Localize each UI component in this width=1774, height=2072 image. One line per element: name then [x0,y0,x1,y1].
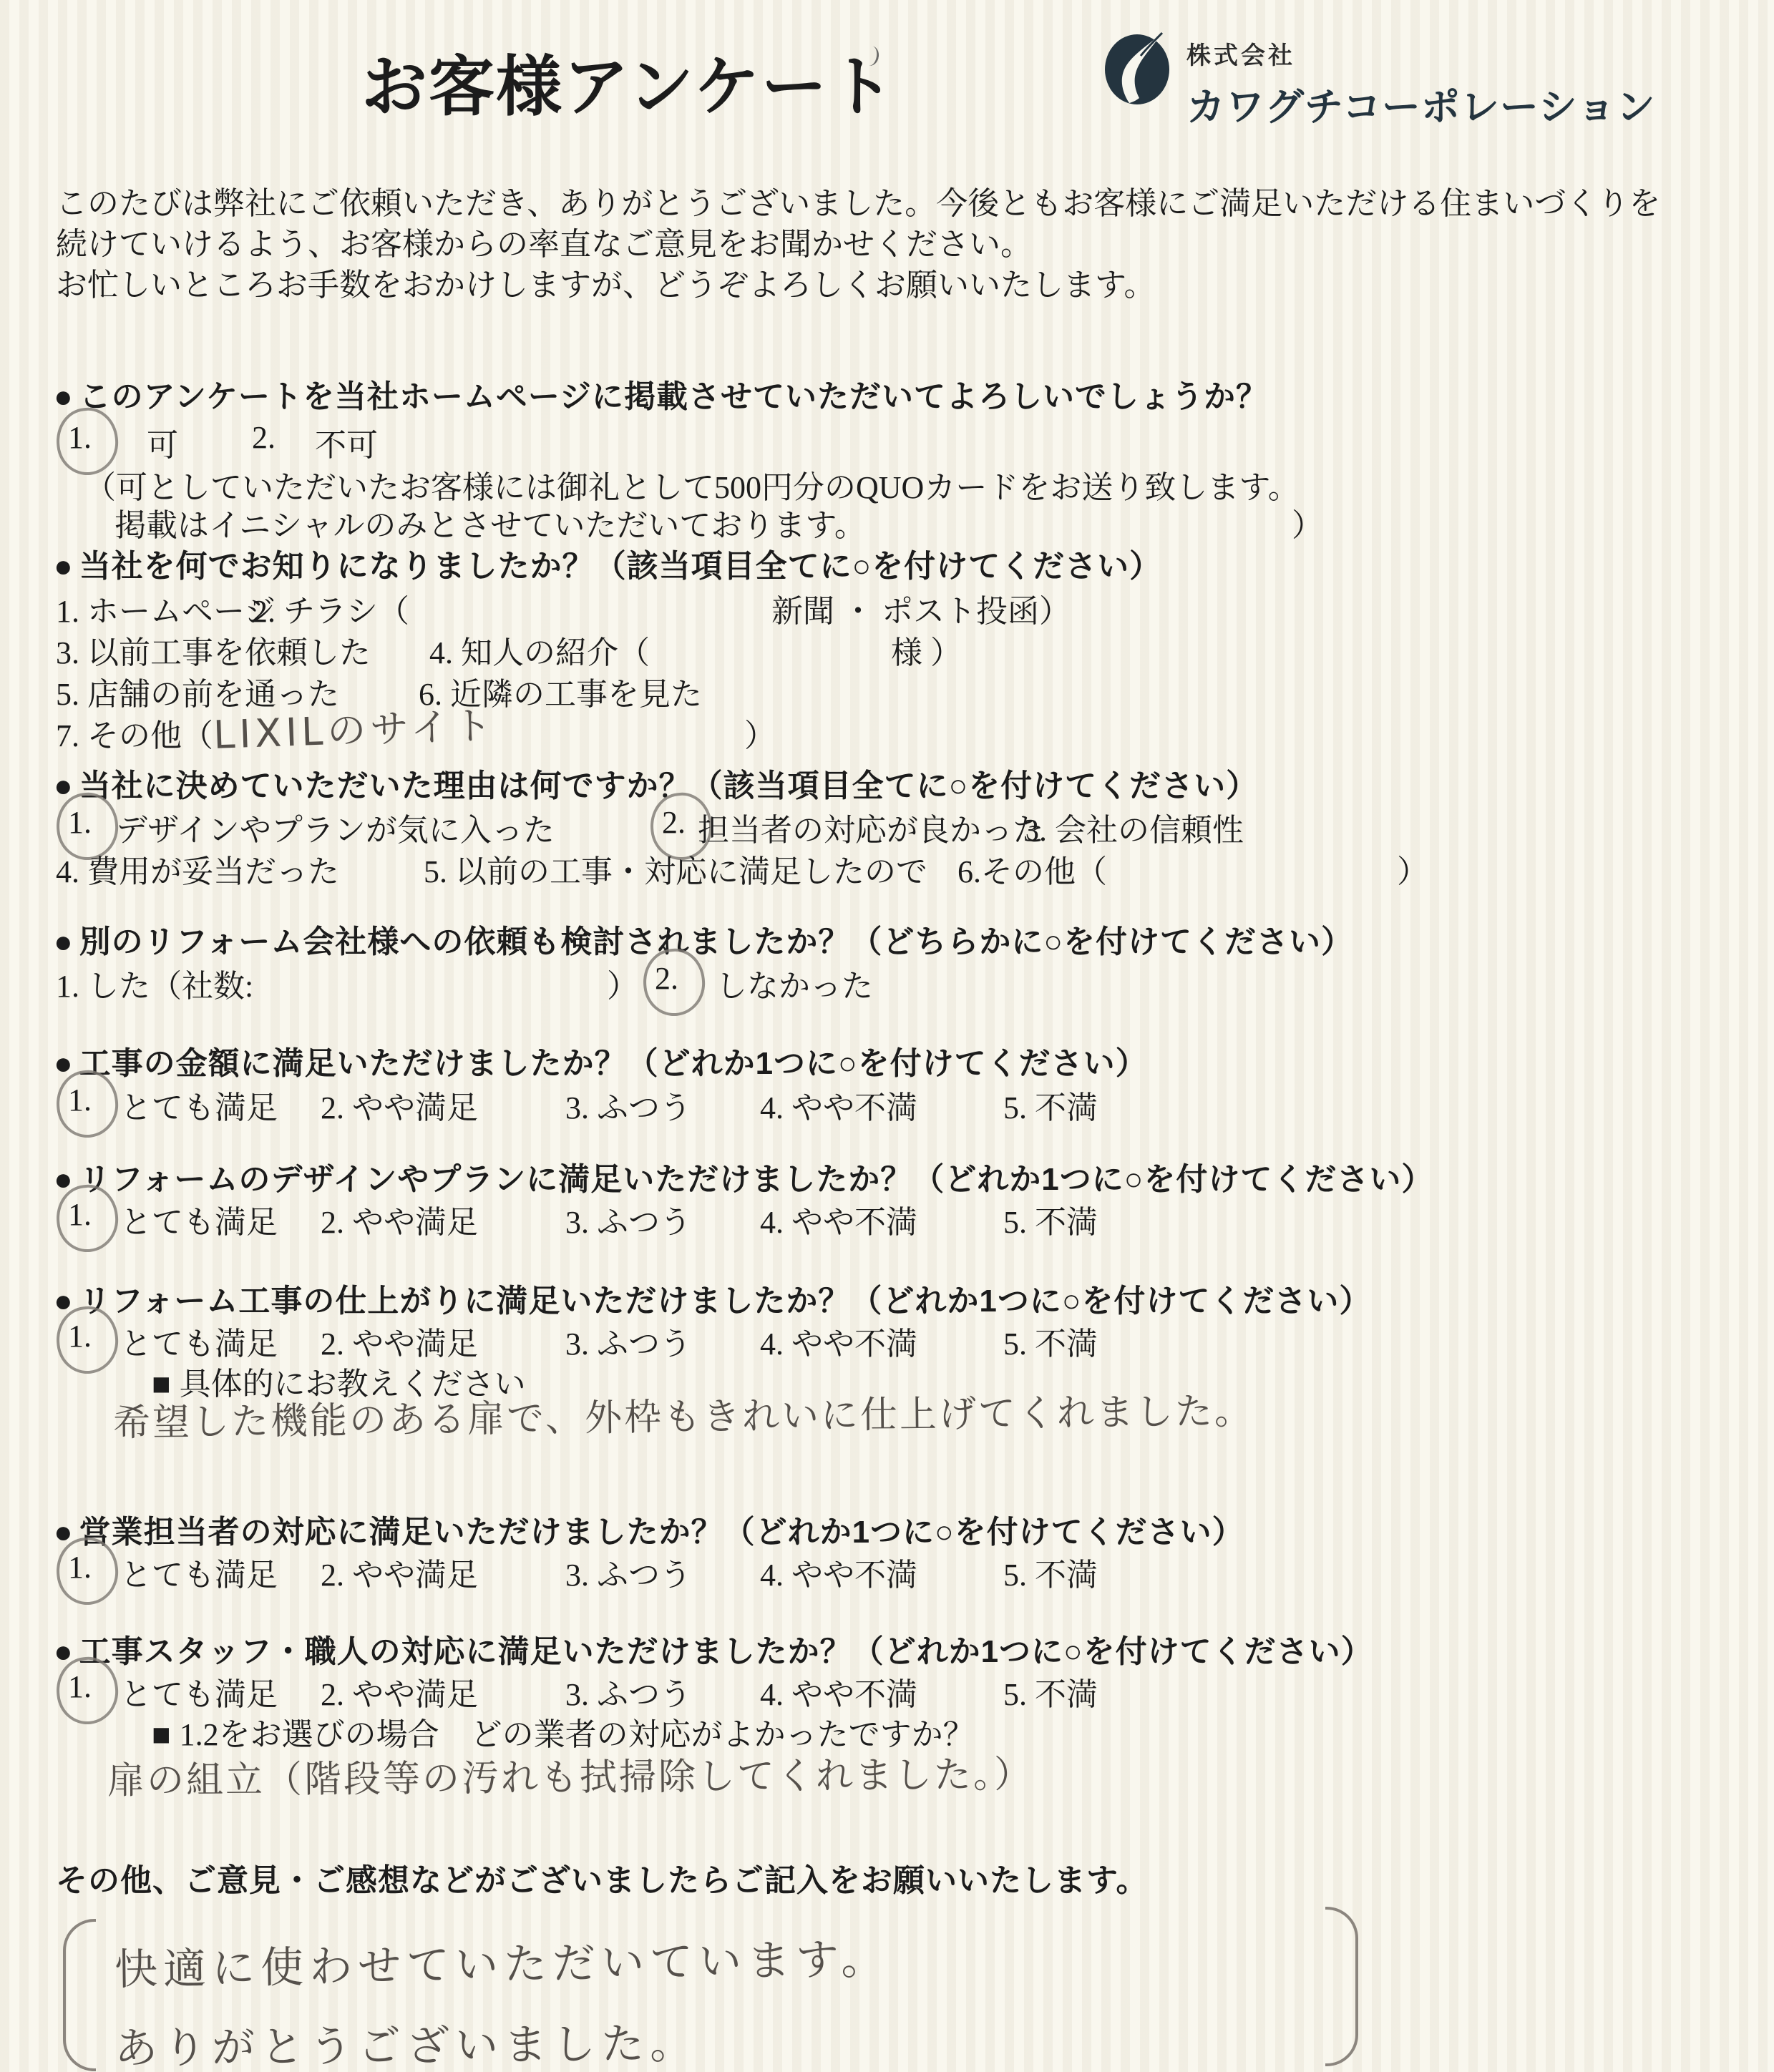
option-label: 3. ふつう [565,1082,691,1128]
option-label: 5. 不満 [1003,1549,1098,1595]
intro-line: このたびは弊社にご依頼いただき、ありがとうございました。今後ともお客様にご満足い… [56,183,1660,224]
note-close-paren: ） [1292,499,1323,545]
option-label: 1. した（社数: [56,960,253,1006]
question-4-title-text: 別のリフォーム会社様への依頼も検討されましたか？（どちらかに○を付けてください） [79,924,1353,959]
option-label: 3. ふつう [565,1668,691,1714]
option-label: 3. 会社の信頼性 [1023,804,1244,850]
option-number-circled: 2. [662,804,686,841]
footer-comment-prompt: その他、ご意見・ご感想などがございましたらご記入をお願いいたします。 [56,1854,1148,1900]
bullet-icon: ● [54,924,74,959]
option-number-circled: 1. [68,1196,92,1233]
handwritten-finish-comment: 希望した機能のある扉で、外枠もきれいに仕上げてくれました。 [113,1381,1254,1447]
question-2-title-text: 当社を何でお知りになりましたか？（該当項目全てに○を付けてください） [79,549,1162,584]
company-name: カワグチコーポレーション [1186,77,1656,132]
option-label: 5. 不満 [1003,1668,1098,1714]
note-text: 掲載はイニシャルのみとさせていただいております。 [114,499,866,545]
option-label: 4. やや不満 [760,1318,917,1364]
option-label: 4. 費用が妥当だった [56,846,339,891]
close-paren: ） [1397,846,1428,891]
question-7-title: ●リフォーム工事の仕上がりに満足いただけましたか？（どれか1つに○を付けてくださ… [54,1275,1371,1321]
option-number-circled: 1. [68,1082,92,1118]
option-label: 2. チラシ（ [252,585,409,631]
question-3-title: ●当社に決めていただいた理由は何ですか？（該当項目全てに○を付けてください） [54,760,1258,806]
option-label: 4. やや不満 [760,1082,917,1128]
question-6-options: 1. とても満足 2. やや満足 3. ふつう 4. やや不満 5. 不満 [0,1196,1774,1262]
intro-paragraph: このたびは弊社にご依頼いただき、ありがとうございました。今後ともお客様にご満足い… [56,183,1660,306]
company-prefix: 株式会社 [1186,36,1656,71]
option-label: 7. その他（ [56,710,213,756]
question-9-title: ●工事スタッフ・職人の対応に満足いただけましたか？（どれか1つに○を付けてくださ… [54,1626,1373,1671]
option-label: 3. 以前工事を依頼した [56,627,371,673]
option-label: とても満足 [120,1549,278,1595]
question-6-title: ●リフォームのデザインやプランに満足いただけましたか？（どれか1つに○を付けてく… [54,1153,1433,1199]
option-label: 2. やや満足 [321,1549,478,1595]
handwritten-free-comment-line-2: ありがとうございました。 [114,2009,699,2072]
intro-line: 続けていけるよう、お客様からの率直なご意見をお聞かせください。 [56,224,1660,265]
option-label: 4. やや不満 [760,1196,917,1242]
question-3-row-2: 4. 費用が妥当だった 5. 以前の工事・対応に満足したので 6.その他（ ） [0,846,1774,912]
option-label: とても満足 [120,1318,278,1364]
option-label: 2. やや満足 [321,1668,478,1714]
option-label: 不可 [315,419,378,465]
option-label: デザインやプランが気に入った [116,804,555,850]
question-6-title-text: リフォームのデザインやプランに満足いただけましたか？（どれか1つに○を付けてくだ… [79,1162,1434,1197]
square-bullet-icon: ■ [152,1717,171,1752]
option-number-circled: 1. [68,1549,92,1585]
page-title: お客様アンケート [361,34,895,129]
question-5-title-text: 工事の金額に満足いただけましたか？（どれか1つに○を付けてください） [79,1046,1148,1081]
option-label: 新聞 ・ ポスト投函） [771,585,1071,631]
option-label: とても満足 [120,1196,278,1242]
option-label: 2. やや満足 [321,1196,478,1242]
question-7-title-text: リフォーム工事の仕上がりに満足いただけましたか？（どれか1つに○を付けてください… [79,1284,1372,1319]
question-4-options: 1. した（社数: ） 2. しなかった [0,960,1774,1026]
question-8-title: ●営業担当者の対応に満足いただけましたか？（どれか1つに○を付けてください） [54,1506,1244,1552]
question-8-title-text: 営業担当者の対応に満足いただけましたか？（どれか1つに○を付けてください） [79,1515,1244,1550]
close-paren: ） [744,710,776,756]
option-label: とても満足 [120,1082,278,1128]
option-label: 担当者の対応が良かった [698,804,1044,850]
handwritten-answer-source: LIXILのサイト [213,695,497,760]
option-label: 5. 不満 [1003,1318,1098,1364]
option-label: 4. やや不満 [760,1668,917,1714]
question-1-title-text: このアンケートを当社ホームページに掲載させていただいてよろしいでしょうか？ [79,379,1268,414]
question-8-options: 1. とても満足 2. やや満足 3. ふつう 4. やや不満 5. 不満 [0,1549,1774,1615]
option-label: 5. 不満 [1003,1082,1098,1128]
option-label: とても満足 [120,1668,278,1714]
question-5-title: ●工事の金額に満足いただけましたか？（どれか1つに○を付けてください） [54,1037,1148,1083]
question-4-title: ●別のリフォーム会社様への依頼も検討されましたか？（どちらかに○を付けてください… [54,916,1353,962]
option-label: 5. 以前の工事・対応に満足したので [424,846,927,891]
option-label: 2. やや満足 [321,1318,478,1364]
handwritten-staff-comment: 扉の組立（階段等の汚れも拭掃除してくれました。） [107,1744,1034,1804]
option-number-circled: 1. [68,419,92,456]
bullet-icon: ● [54,379,74,414]
intro-line: お忙しいところお手数をおかけしますが、どうぞよろしくお願いいたします。 [56,265,1660,306]
logo-swoosh-icon [1103,31,1172,109]
option-number-circled: 1. [68,1318,92,1354]
option-label: 5. 不満 [1003,1196,1098,1242]
footer-prompt-text: その他、ご意見・ご感想などがございましたらご記入をお願いいたします。 [56,1863,1148,1898]
survey-page: お客様アンケート 株式会社 カワグチコーポレーション このたびは弊社にご依頼いた… [0,0,1774,2072]
option-label: 4. 知人の紹介（ [429,627,650,673]
company-logo: 株式会社 カワグチコーポレーション [1103,31,1656,132]
option-label: 2. やや満足 [321,1082,478,1128]
option-number-circled: 1. [68,804,92,841]
option-label: 4. やや不満 [760,1549,917,1595]
close-paren: ） [607,960,638,1006]
option-number-circled: 2. [655,960,678,997]
option-label: 3. ふつう [565,1196,691,1242]
handwritten-paren-right [1325,1907,1358,2066]
option-label: 3. ふつう [565,1318,691,1364]
option-number-circled: 1. [68,1668,92,1705]
bullet-icon: ● [54,549,74,584]
option-label: 3. ふつう [565,1549,691,1595]
option-label: 6.その他（ [957,846,1107,891]
question-2-title: ●当社を何でお知りになりましたか？（該当項目全てに○を付けてください） [54,540,1161,586]
handwritten-free-comment-line-1: 快適に使わせていただいています。 [114,1925,890,1997]
option-label: しなかった [716,960,873,1006]
question-9-title-text: 工事スタッフ・職人の対応に満足いただけましたか？（どれか1つに○を付けてください… [79,1634,1373,1669]
question-1-title: ●このアンケートを当社ホームページに掲載させていただいてよろしいでしょうか？ [54,371,1268,416]
handwritten-paren-left [63,1919,96,2071]
option-label: 可 [147,419,178,465]
option-label: 様 ） [891,627,962,673]
option-number: 2. [252,419,276,456]
option-label: 1. ホームページ [56,585,276,631]
question-5-options: 1. とても満足 2. やや満足 3. ふつう 4. やや不満 5. 不満 [0,1082,1774,1148]
